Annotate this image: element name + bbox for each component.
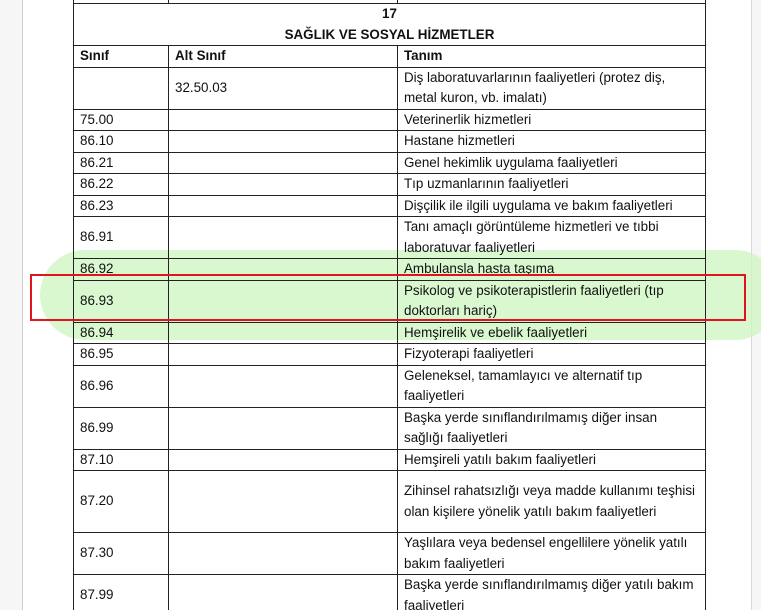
sinif-cell: 86.21 (74, 152, 169, 174)
table-row: 87.20Zihinsel rahatsızlığı veya madde ku… (74, 471, 706, 533)
table-row: 86.21Genel hekimlik uygulama faaliyetler… (74, 152, 706, 174)
table-row: 86.95Fizyoterapi faaliyetleri (74, 344, 706, 366)
sinif-cell: 86.99 (74, 407, 169, 449)
sinif-cell: 87.99 (74, 575, 169, 610)
sinif-cell: 87.20 (74, 471, 169, 533)
sinif-cell: 75.00 (74, 109, 169, 131)
tanim-cell: Veterinerlik hizmetleri (398, 109, 706, 131)
sinif-cell: 86.95 (74, 344, 169, 366)
table-row: 86.93Psikolog ve psikoterapistlerin faal… (74, 280, 706, 322)
alt-sinif-cell (169, 280, 398, 322)
sinif-cell: 86.22 (74, 174, 169, 196)
tanim-cell: Dişçilik ile ilgili uygulama ve bakım fa… (398, 195, 706, 217)
sinif-cell: 86.96 (74, 365, 169, 407)
tanim-cell: Fizyoterapi faaliyetleri (398, 344, 706, 366)
alt-sinif-cell (169, 152, 398, 174)
alt-sinif-cell (169, 217, 398, 259)
sinif-cell (74, 67, 169, 109)
alt-sinif-cell (169, 344, 398, 366)
alt-sinif-cell (169, 109, 398, 131)
tanim-cell: Geleneksel, tamamlayıcı ve alternatif tı… (398, 365, 706, 407)
tanim-cell: Ambulansla hasta taşıma (398, 259, 706, 281)
sinif-cell: 86.94 (74, 322, 169, 344)
table-row: 86.22Tıp uzmanlarının faaliyetleri (74, 174, 706, 196)
tanim-cell: Hemşireli yatılı bakım faaliyetleri (398, 449, 706, 471)
section-title: 17 SAĞLIK VE SOSYAL HİZMETLER (74, 4, 706, 46)
header-row: Sınıf Alt Sınıf Tanım (74, 46, 706, 68)
tanim-cell: Başka yerde sınıflandırılmamış diğer ins… (398, 407, 706, 449)
table-row: 87.99Başka yerde sınıflandırılmamış diğe… (74, 575, 706, 610)
table-row: 86.10Hastane hizmetleri (74, 131, 706, 153)
left-margin (0, 0, 23, 610)
activity-classification-table: 17 SAĞLIK VE SOSYAL HİZMETLER Sınıf Alt … (73, 0, 706, 610)
header-tanim: Tanım (398, 46, 706, 68)
alt-sinif-cell (169, 407, 398, 449)
tanim-cell: Yaşlılara veya bedensel engellilere yöne… (398, 533, 706, 575)
sinif-cell: 87.10 (74, 449, 169, 471)
table-row: 75.00Veterinerlik hizmetleri (74, 109, 706, 131)
table-row: 86.91Tanı amaçlı görüntüleme hizmetleri … (74, 217, 706, 259)
alt-sinif-cell (169, 259, 398, 281)
tanim-cell: Hastane hizmetleri (398, 131, 706, 153)
table-row: 86.99Başka yerde sınıflandırılmamış diğe… (74, 407, 706, 449)
sinif-cell: 87.30 (74, 533, 169, 575)
table-row: 32.50.03Diş laboratuvarlarının faaliyetl… (74, 67, 706, 109)
table-row: 86.23Dişçilik ile ilgili uygulama ve bak… (74, 195, 706, 217)
header-sinif: Sınıf (74, 46, 169, 68)
sinif-cell: 86.91 (74, 217, 169, 259)
table-row: 86.92Ambulansla hasta taşıma (74, 259, 706, 281)
sinif-cell: 86.10 (74, 131, 169, 153)
alt-sinif-cell: 32.50.03 (169, 67, 398, 109)
tanim-cell: Başka yerde sınıflandırılmamış diğer yat… (398, 575, 706, 610)
section-number: 17 (80, 4, 699, 25)
alt-sinif-cell (169, 365, 398, 407)
table-row: 86.94Hemşirelik ve ebelik faaliyetleri (74, 322, 706, 344)
tanim-cell: Tıp uzmanlarının faaliyetleri (398, 174, 706, 196)
alt-sinif-cell (169, 575, 398, 610)
sinif-cell: 86.93 (74, 280, 169, 322)
alt-sinif-cell (169, 533, 398, 575)
alt-sinif-cell (169, 471, 398, 533)
tanim-cell: Zihinsel rahatsızlığı veya madde kullanı… (398, 471, 706, 533)
tanim-cell: Diş laboratuvarlarının faaliyetleri (pro… (398, 67, 706, 109)
tanim-cell: Genel hekimlik uygulama faaliyetleri (398, 152, 706, 174)
alt-sinif-cell (169, 174, 398, 196)
sinif-cell: 86.23 (74, 195, 169, 217)
table-row: 87.10Hemşireli yatılı bakım faaliyetleri (74, 449, 706, 471)
alt-sinif-cell (169, 195, 398, 217)
tanim-cell: Psikolog ve psikoterapistlerin faaliyetl… (398, 280, 706, 322)
tanim-cell: Hemşirelik ve ebelik faaliyetleri (398, 322, 706, 344)
table-row: 86.96Geleneksel, tamamlayıcı ve alternat… (74, 365, 706, 407)
section-name: SAĞLIK VE SOSYAL HİZMETLER (80, 25, 699, 46)
alt-sinif-cell (169, 449, 398, 471)
table-row: 87.30Yaşlılara veya bedensel engellilere… (74, 533, 706, 575)
tanim-cell: Tanı amaçlı görüntüleme hizmetleri ve tı… (398, 217, 706, 259)
section-title-row: 17 SAĞLIK VE SOSYAL HİZMETLER (74, 4, 706, 46)
header-alt-sinif: Alt Sınıf (169, 46, 398, 68)
sinif-cell: 86.92 (74, 259, 169, 281)
alt-sinif-cell (169, 322, 398, 344)
alt-sinif-cell (169, 131, 398, 153)
